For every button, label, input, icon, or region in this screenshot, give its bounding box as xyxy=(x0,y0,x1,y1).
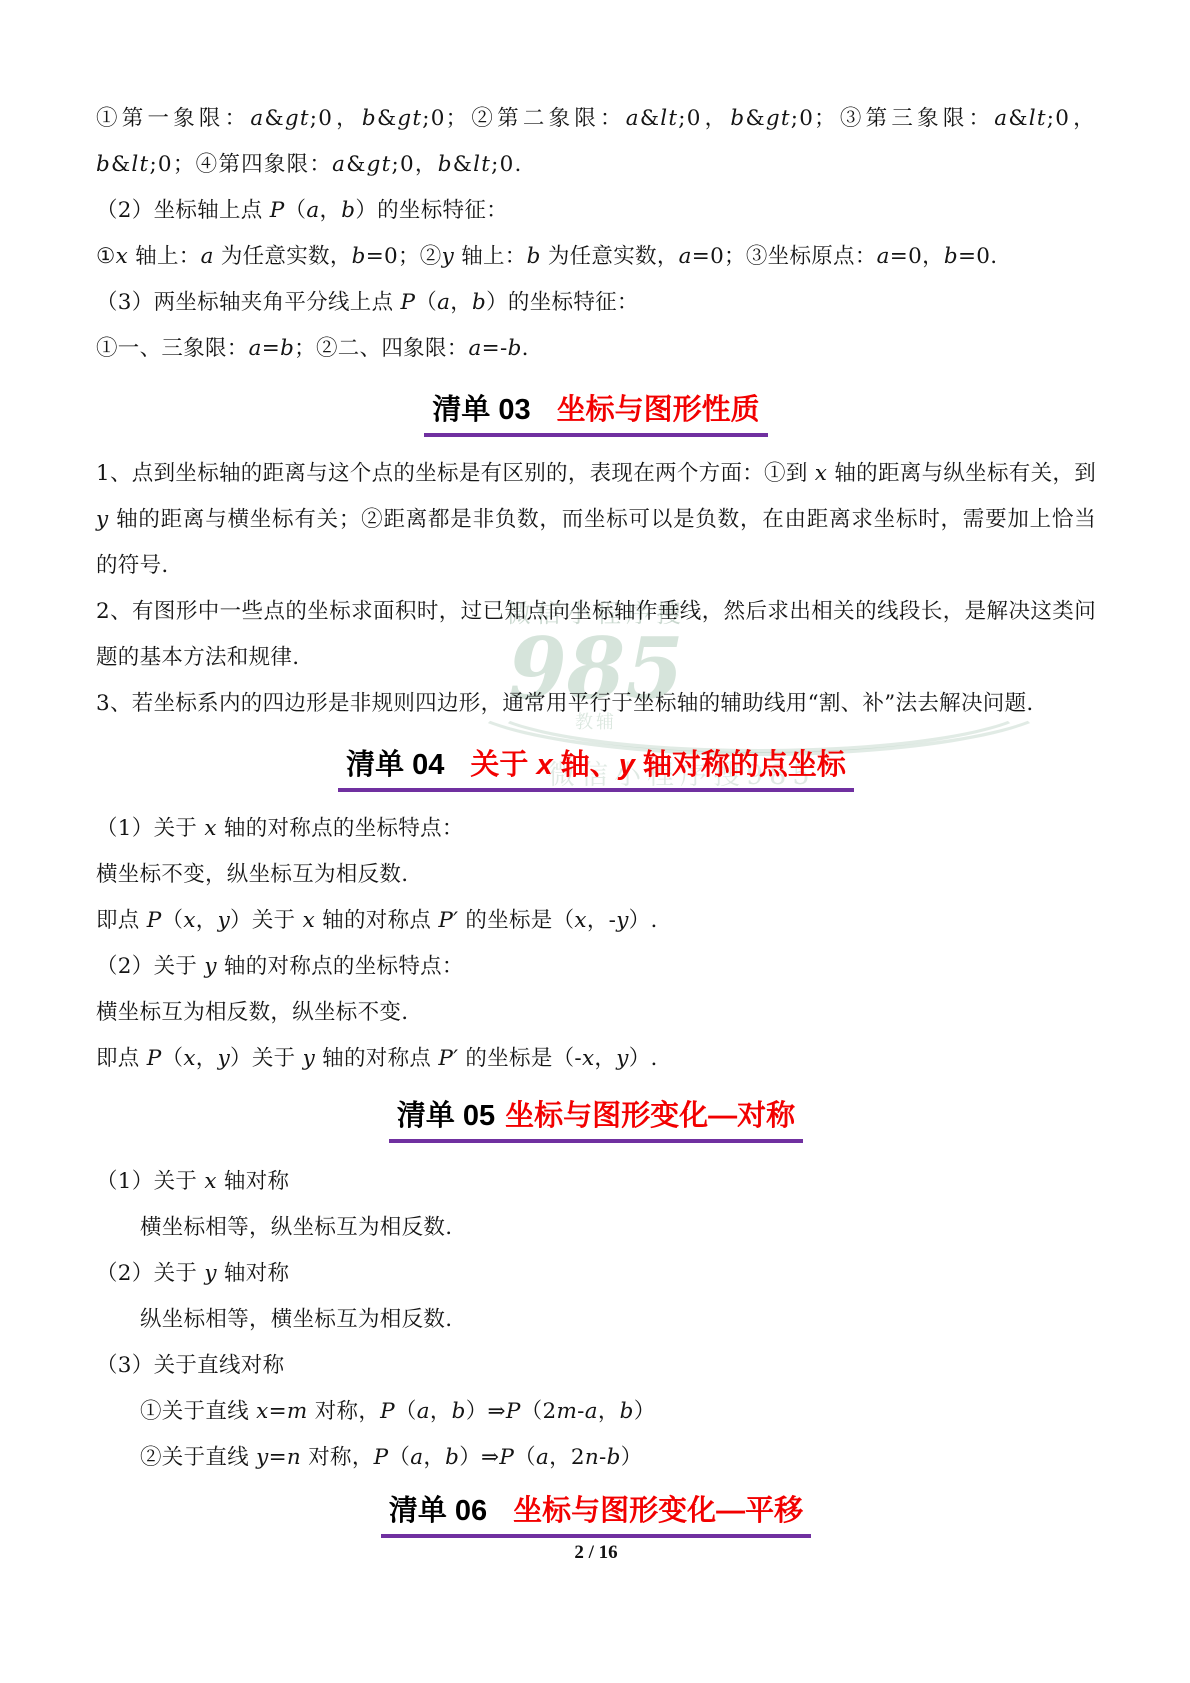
section-header-underline: 清单 05坐标与图形变化—对称 xyxy=(389,1096,803,1143)
section-header-03: 清单 03坐标与图形性质 xyxy=(96,390,1096,437)
text-line-x-axis-sym-rule: 横坐标不变，纵坐标互为相反数. xyxy=(96,852,1096,898)
section-header-underline: 清单 06坐标与图形变化—平移 xyxy=(381,1491,811,1538)
text-line-bisector-detail: ①一、三象限：a=b；②二、四象限：a=-b. xyxy=(96,326,1096,372)
text-line-axis-points-detail: ①x 轴上：a 为任意实数，b=0；②y 轴上：b 为任意实数，a=0；③坐标原… xyxy=(96,234,1096,280)
section-title: 坐标与图形性质 xyxy=(557,394,760,426)
text-line-sym-line-x-formula: ①关于直线 x=m 对称，P（a，b）⇒P（2m-a，b） xyxy=(96,1389,1096,1435)
text-line-sym-y-rule: 纵坐标相等，横坐标互为相反数. xyxy=(96,1297,1096,1343)
section-header-underline: 清单 04关于 x 轴、y 轴对称的点坐标 xyxy=(338,745,854,792)
section-header-05: 清单 05坐标与图形变化—对称 xyxy=(96,1096,1096,1143)
text-line-bisector-heading: （3）两坐标轴夹角平分线上点 P（a，b）的坐标特征： xyxy=(96,280,1096,326)
section-title: 坐标与图形变化—平移 xyxy=(513,1495,803,1527)
text-line-x-axis-sym-heading: （1）关于 x 轴的对称点的坐标特点： xyxy=(96,806,1096,852)
text-line-quadrant-signs: ①第一象限：a&gt;0，b&gt;0；②第二象限：a&lt;0，b&gt;0；… xyxy=(96,96,1096,188)
text-paragraph-quadrilateral: 3、若坐标系内的四边形是非规则四边形，通常用平行于坐标轴的辅助线用“割、补”法去… xyxy=(96,681,1096,727)
document-page: ①第一象限：a&gt;0，b&gt;0；②第二象限：a&lt;0，b&gt;0；… xyxy=(0,0,1190,1564)
text-line-sym-line-heading: （3）关于直线对称 xyxy=(96,1343,1096,1389)
section-title: 坐标与图形变化—对称 xyxy=(505,1100,795,1132)
text-line-axis-points-heading: （2）坐标轴上点 P（a，b）的坐标特征： xyxy=(96,188,1096,234)
text-line-y-axis-sym-rule: 横坐标互为相反数，纵坐标不变. xyxy=(96,990,1096,1036)
text-line-sym-y-heading: （2）关于 y 轴对称 xyxy=(96,1251,1096,1297)
section-number: 清单 03 xyxy=(432,394,530,426)
text-line-sym-line-y-formula: ②关于直线 y=n 对称，P（a，b）⇒P（a，2n-b） xyxy=(96,1435,1096,1481)
section-header-underline: 清单 03坐标与图形性质 xyxy=(424,390,767,437)
text-line-sym-x-rule: 横坐标相等，纵坐标互为相反数. xyxy=(96,1205,1096,1251)
text-line-y-axis-sym-formula: 即点 P（x，y）关于 y 轴的对称点 P′ 的坐标是（-x，y）. xyxy=(96,1036,1096,1082)
text-line-x-axis-sym-formula: 即点 P（x，y）关于 x 轴的对称点 P′ 的坐标是（x，-y）. xyxy=(96,898,1096,944)
section-number: 清单 06 xyxy=(389,1495,487,1527)
section-number: 清单 04 xyxy=(346,749,444,781)
text-line-y-axis-sym-heading: （2）关于 y 轴的对称点的坐标特点： xyxy=(96,944,1096,990)
text-line-sym-x-heading: （1）关于 x 轴对称 xyxy=(96,1159,1096,1205)
section-header-06: 清单 06坐标与图形变化—平移 xyxy=(96,1491,1096,1538)
section-number: 清单 05 xyxy=(397,1100,495,1132)
section-title: 关于 x 轴、y 轴对称的点坐标 xyxy=(470,749,845,781)
page-number: 2 / 16 xyxy=(96,1542,1096,1564)
text-paragraph-area: 2、有图形中一些点的坐标求面积时，过已知点向坐标轴作垂线，然后求出相关的线段长，… xyxy=(96,589,1096,681)
section-header-04: 清单 04关于 x 轴、y 轴对称的点坐标 xyxy=(96,745,1096,792)
text-paragraph-distance: 1、点到坐标轴的距离与这个点的坐标是有区别的，表现在两个方面：①到 x 轴的距离… xyxy=(96,451,1096,589)
